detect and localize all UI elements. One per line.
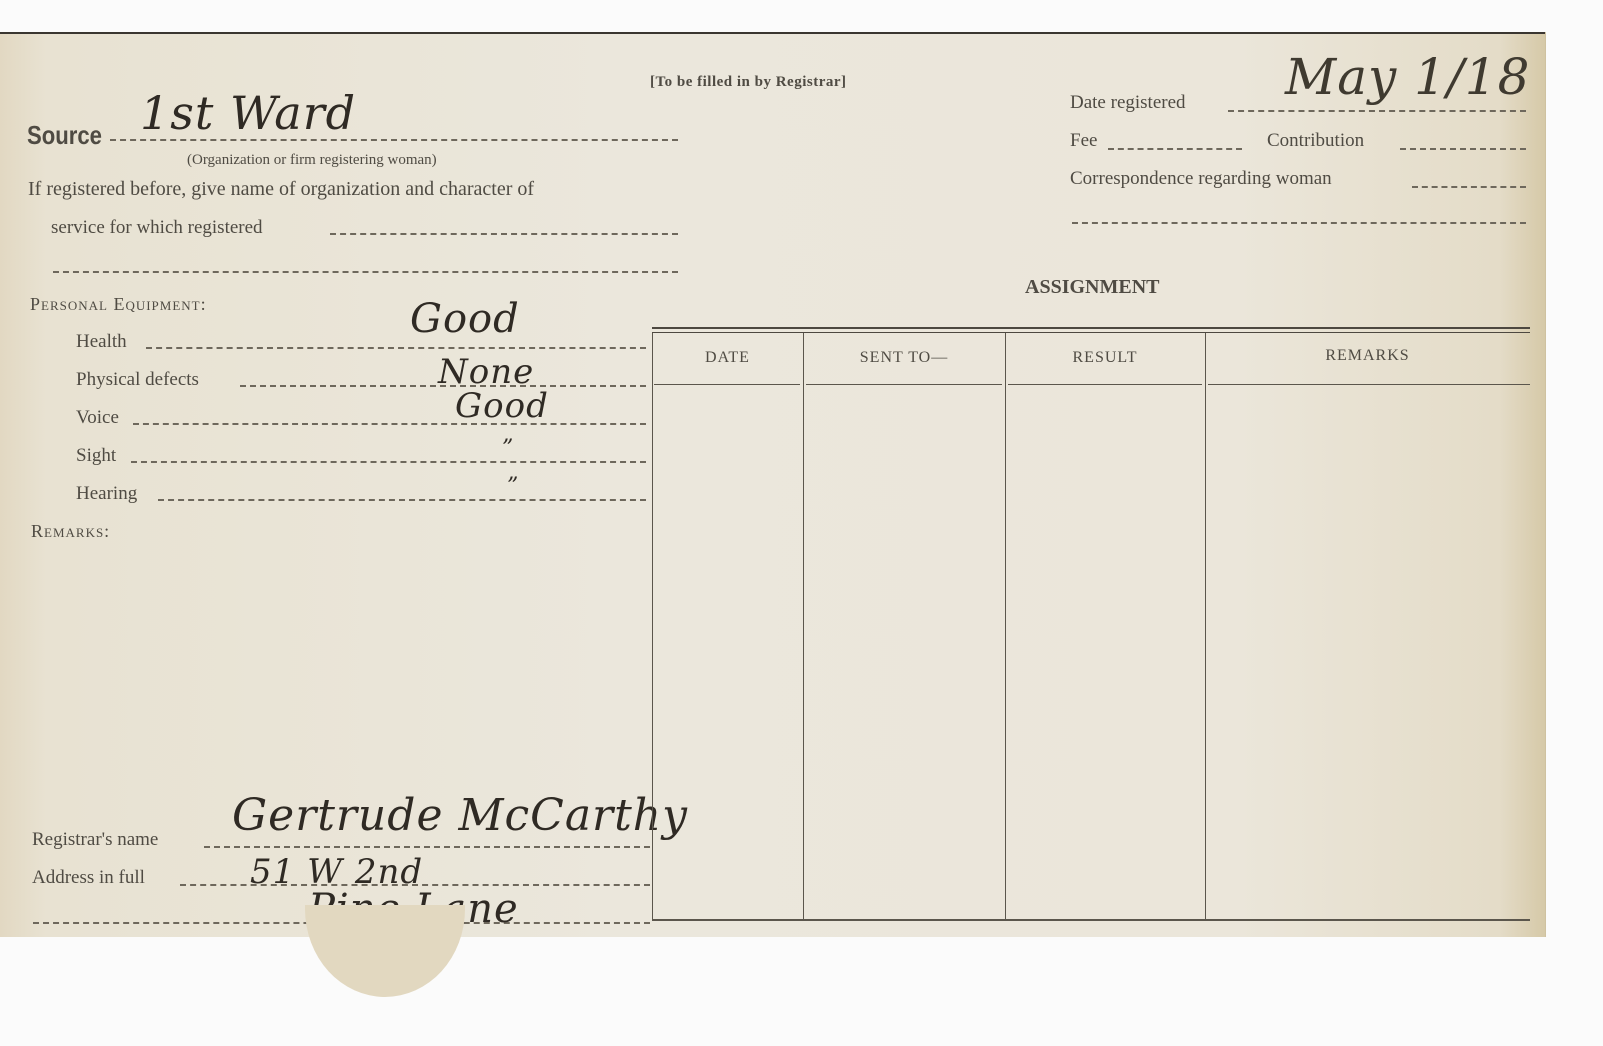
hearing-value[interactable]: ” xyxy=(507,474,519,499)
registrar-note: [To be filled in by Registrar] xyxy=(650,74,847,91)
source-value[interactable]: 1st Ward xyxy=(140,86,356,140)
personal-equipment-heading: Personal Equipment: xyxy=(30,294,207,315)
remarks-area[interactable] xyxy=(30,549,640,809)
assignment-table: DATE SENT TO— RESULT REMARKS xyxy=(652,327,1530,921)
date-cell-area[interactable] xyxy=(653,387,802,918)
hearing-label: Hearing xyxy=(76,483,137,505)
header-rule xyxy=(1208,384,1530,385)
health-label: Health xyxy=(76,331,127,353)
health-line xyxy=(146,347,646,349)
registration-card: [To be filled in by Registrar] Source 1s… xyxy=(0,32,1545,937)
remarks-heading: Remarks: xyxy=(31,521,110,542)
card-index-tab xyxy=(305,905,465,997)
col-border xyxy=(1205,333,1206,921)
sent-to-cell-area[interactable] xyxy=(805,387,1004,918)
registered-before-line[interactable] xyxy=(330,233,678,235)
date-registered-line xyxy=(1228,110,1526,112)
voice-label: Voice xyxy=(76,407,119,429)
header-rule xyxy=(1008,384,1202,385)
column-header-date: DATE xyxy=(652,349,803,367)
address-label: Address in full xyxy=(32,867,145,889)
result-cell-area[interactable] xyxy=(1007,387,1204,918)
fee-line[interactable] xyxy=(1108,148,1242,150)
hearing-line xyxy=(158,499,646,501)
table-top-rule xyxy=(652,327,1530,333)
date-registered-label: Date registered xyxy=(1070,92,1186,114)
col-border xyxy=(1005,333,1006,921)
fee-label: Fee xyxy=(1070,130,1097,152)
sight-value[interactable]: ” xyxy=(502,436,514,461)
table-bottom-rule xyxy=(652,919,1530,921)
sight-line xyxy=(131,461,646,463)
health-value[interactable]: Good xyxy=(410,296,520,342)
header-rule xyxy=(654,384,800,385)
correspondence-line-2[interactable] xyxy=(1072,222,1526,224)
contribution-label: Contribution xyxy=(1267,130,1364,152)
column-header-result: RESULT xyxy=(1005,349,1205,367)
physical-defects-label: Physical defects xyxy=(76,369,199,391)
registered-before-label-2: service for which registered xyxy=(51,217,263,239)
column-header-sent-to: SENT TO— xyxy=(803,349,1005,367)
remarks-cell-area[interactable] xyxy=(1207,387,1529,918)
voice-value[interactable]: Good xyxy=(455,386,549,426)
col-border xyxy=(803,333,804,921)
contribution-line[interactable] xyxy=(1400,148,1526,150)
registrar-name-value[interactable]: Gertrude McCarthy xyxy=(232,790,688,841)
header-rule xyxy=(806,384,1002,385)
correspondence-line[interactable] xyxy=(1412,186,1526,188)
voice-line xyxy=(133,423,646,425)
registrar-name-line xyxy=(204,846,650,848)
source-caption: (Organization or firm registering woman) xyxy=(187,152,437,169)
date-registered-value[interactable]: May 1/18 xyxy=(1285,48,1530,106)
registered-before-label: If registered before, give name of organ… xyxy=(28,178,534,201)
registrar-name-label: Registrar's name xyxy=(32,829,158,851)
correspondence-label: Correspondence regarding woman xyxy=(1070,168,1332,190)
registered-before-line-2[interactable] xyxy=(53,271,678,273)
column-header-remarks: REMARKS xyxy=(1205,347,1530,365)
sight-label: Sight xyxy=(76,445,116,467)
assignment-title: ASSIGNMENT xyxy=(1025,276,1159,299)
source-label: Source xyxy=(27,120,102,151)
